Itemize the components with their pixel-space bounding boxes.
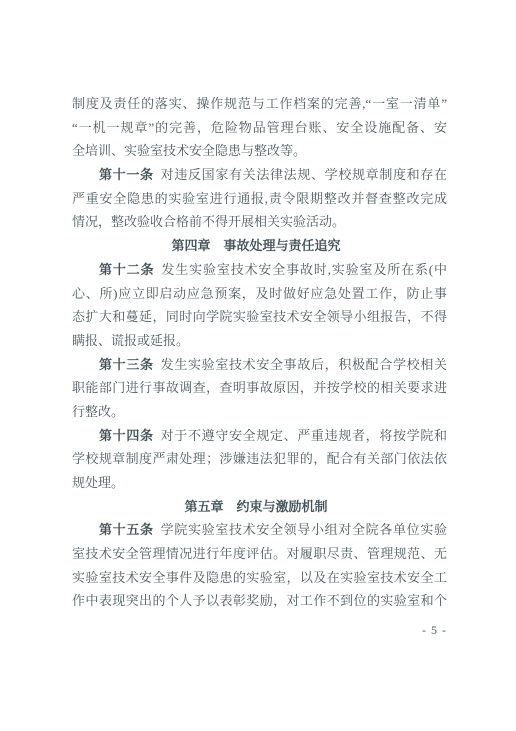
text-line: 制度及责任的落实、操作规范与工作档案的完善,“一室一清单” [72, 92, 447, 116]
text-run: 室技术安全管理情况进行年度评估。对履职尽责、管理规范、无 [72, 546, 447, 561]
text-line: 全培训、实验室技术安全隐患与整改等。 [72, 139, 447, 163]
text-line: 第十四条对于不遵守安全规定、严重违规者，将按学院和 [72, 424, 447, 448]
text-line: 第十一条对违反国家有关法律法规、学校规章制度和存在 [72, 163, 447, 187]
chapter-heading: 第五章 约束与激励机制 [72, 495, 447, 519]
text-run: 职能部门进行事故调查，查明事故原因，并按学校的相关要求进 [72, 380, 447, 395]
text-run: 对于不遵守安全规定、严重违规者，将按学院和 [161, 428, 447, 443]
text-line: 第十五条学院实验室技术安全领导小组对全院各单位实验 [72, 518, 447, 542]
text-line: 瞒报、谎报或延报。 [72, 329, 447, 353]
text-run: 发生实验室技术安全事故时,实验室及所在系(中 [161, 262, 447, 277]
text-line: 第十三条发生实验室技术安全事故后，积极配合学校相关 [72, 353, 447, 377]
text-run: 瞒报、谎报或延报。 [72, 333, 189, 348]
scanned-document-page: 制度及责任的落实、操作规范与工作档案的完善,“一室一清单”“一机一规章”的完善，… [0, 0, 516, 731]
text-line: 情况，整改验收合格前不得开展相关实验活动。 [72, 210, 447, 234]
article-number: 第十二条 [99, 262, 154, 277]
text-run: 作中表现突出的个人予以表彰奖励，对工作不到位的实验室和个 [72, 593, 447, 608]
article-number: 第十五条 [99, 522, 154, 537]
text-line: 规处理。 [72, 471, 447, 495]
text-line: 心、所)应立即启动应急预案，及时做好应急处置工作，防止事 [72, 282, 447, 306]
text-run: 态扩大和蔓延，同时向学院实验室技术安全领导小组报告，不得 [72, 309, 447, 324]
text-run: 情况，整改验收合格前不得开展相关实验活动。 [72, 214, 345, 229]
text-run: 对违反国家有关法律法规、学校规章制度和存在 [161, 167, 447, 182]
text-line: 第十二条发生实验室技术安全事故时,实验室及所在系(中 [72, 258, 447, 282]
text-line: “一机一规章”的完善，危险物品管理台账、安全设施配备、安 [72, 116, 447, 140]
text-run: “一机一规章”的完善，危险物品管理台账、安全设施配备、安 [72, 120, 447, 135]
text-line: 作中表现突出的个人予以表彰奖励，对工作不到位的实验室和个 [72, 589, 447, 613]
text-line: 室技术安全管理情况进行年度评估。对履职尽责、管理规范、无 [72, 542, 447, 566]
text-run: 制度及责任的落实、操作规范与工作档案的完善,“一室一清单” [72, 96, 447, 111]
text-line: 职能部门进行事故调查，查明事故原因，并按学校的相关要求进 [72, 376, 447, 400]
text-run: 学校规章制度严肃处理；涉嫌违法犯罪的，配合有关部门依法依 [72, 451, 447, 466]
article-number: 第五章 约束与激励机制 [184, 499, 327, 514]
text-line: 实验室技术安全事件及隐患的实验室，以及在实验室技术安全工 [72, 566, 447, 590]
text-run: 发生实验室技术安全事故后，积极配合学校相关 [161, 357, 447, 372]
text-run: 学院实验室技术安全领导小组对全院各单位实验 [161, 522, 447, 537]
text-run: 规处理。 [72, 475, 124, 490]
page-number: - 5 - [422, 623, 447, 638]
chapter-heading: 第四章 事故处理与责任追究 [72, 234, 447, 258]
text-run: 严重安全隐患的实验室进行通报,责令限期整改并督查整改完成 [72, 191, 447, 206]
text-line: 行整改。 [72, 400, 447, 424]
text-line: 学校规章制度严肃处理；涉嫌违法犯罪的，配合有关部门依法依 [72, 447, 447, 471]
text-line: 态扩大和蔓延，同时向学院实验室技术安全领导小组报告，不得 [72, 305, 447, 329]
article-number: 第十三条 [99, 357, 154, 372]
text-run: 实验室技术安全事件及隐患的实验室，以及在实验室技术安全工 [72, 570, 447, 585]
text-line: 严重安全隐患的实验室进行通报,责令限期整改并督查整改完成 [72, 187, 447, 211]
text-run: 心、所)应立即启动应急预案，及时做好应急处置工作，防止事 [72, 286, 447, 301]
document-text: 制度及责任的落实、操作规范与工作档案的完善,“一室一清单”“一机一规章”的完善，… [72, 92, 447, 613]
text-run: 全培训、实验室技术安全隐患与整改等。 [72, 143, 306, 158]
article-number: 第四章 事故处理与责任追究 [171, 238, 340, 253]
article-number: 第十四条 [99, 428, 154, 443]
article-number: 第十一条 [99, 167, 154, 182]
text-run: 行整改。 [72, 404, 124, 419]
